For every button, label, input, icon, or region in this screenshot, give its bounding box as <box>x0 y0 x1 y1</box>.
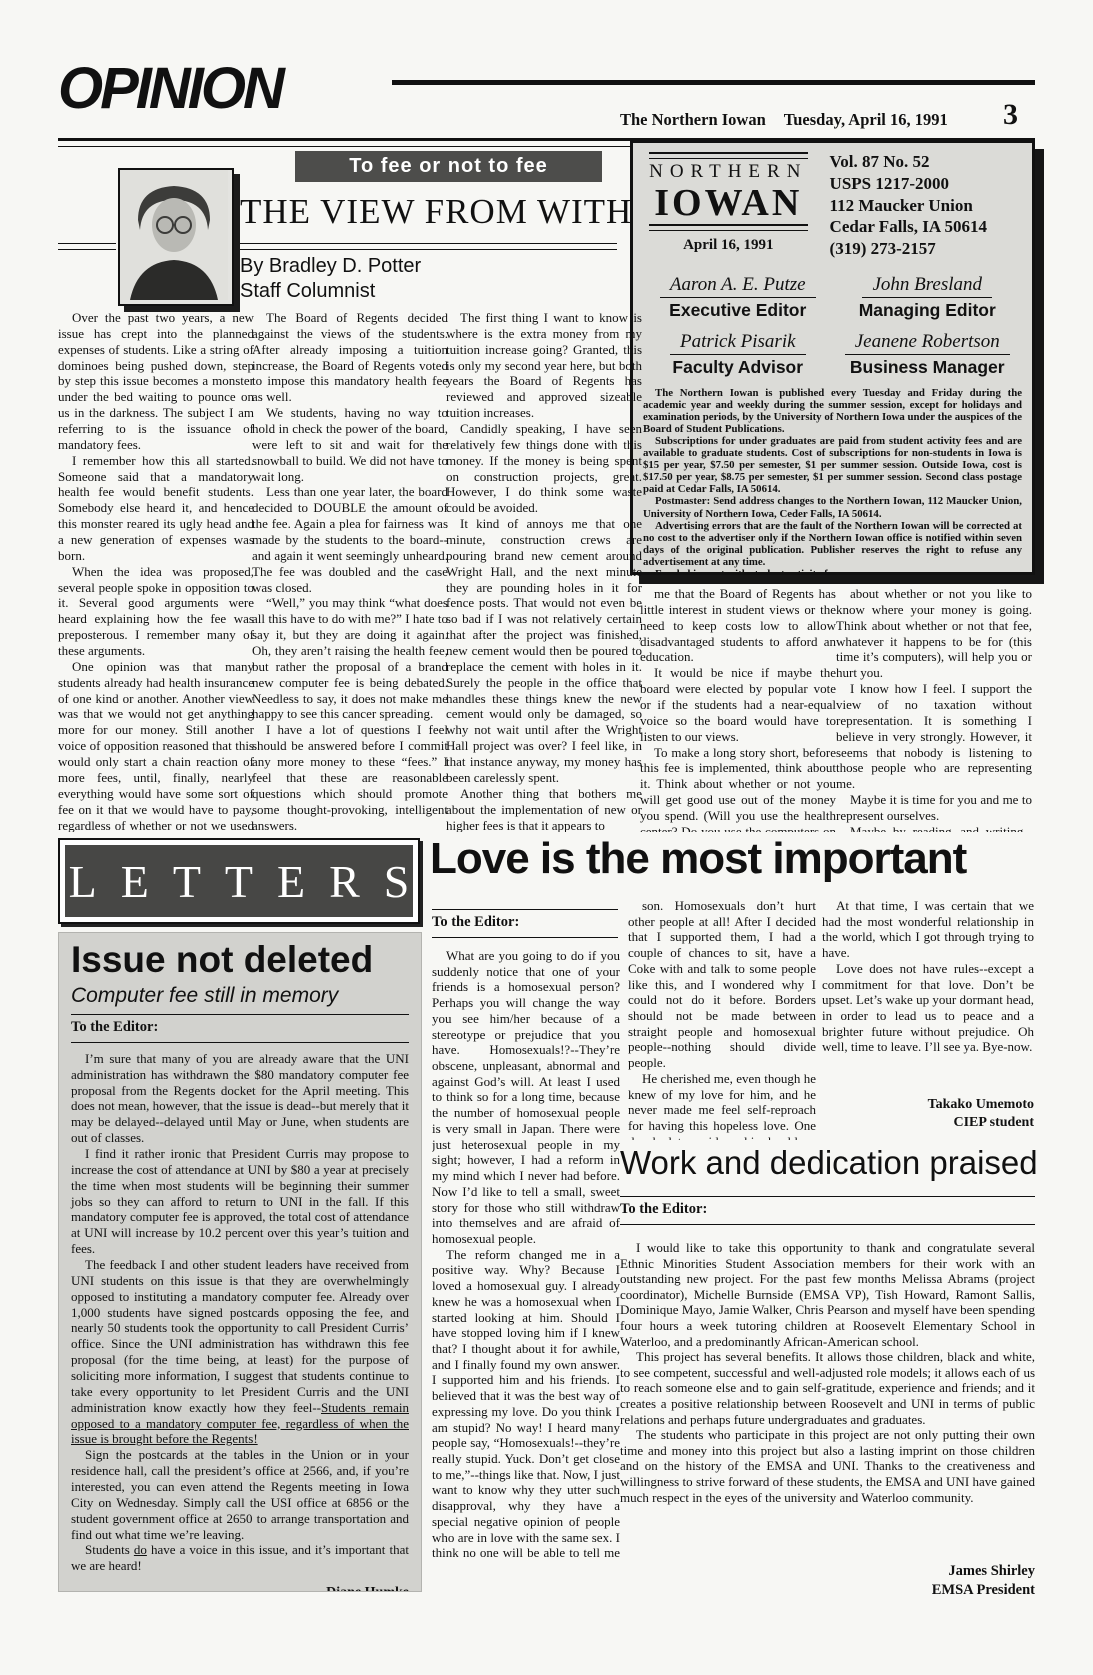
byline-title: Staff Columnist <box>240 279 421 304</box>
letter1-salutation: To the Editor: <box>71 1019 409 1036</box>
letter2-salutation: To the Editor: <box>432 914 618 931</box>
staff-name: Aaron A. E. Putze <box>660 274 816 298</box>
nameplate-rule-bottom <box>649 224 808 231</box>
byline-block: By Bradley D. Potter Staff Columnist <box>240 254 421 304</box>
letter2-column-3: At that time, I was certain that we had … <box>822 898 1034 1074</box>
paragraph: What are you going to do if you suddenly… <box>432 948 620 1247</box>
article-column-3: The first thing I want to know is where … <box>446 310 642 832</box>
paragraph: The Northern Iowan is published every Tu… <box>643 387 1022 435</box>
rule <box>71 1042 409 1043</box>
phone-number: (319) 273-2157 <box>830 238 1022 260</box>
page-number: 3 <box>1003 98 1018 132</box>
staff-title: Business Manager <box>833 357 1023 378</box>
staff-entry: Jeanene Robertson Business Manager <box>833 331 1023 378</box>
letter3-signature-block: James Shirley EMSA President <box>620 1562 1035 1600</box>
signature-title: CIEP student <box>822 1114 1034 1132</box>
paragraph: Love does not have rules--except a commi… <box>822 961 1034 1055</box>
staff-title: Managing Editor <box>833 300 1023 321</box>
masthead-fine-print: The Northern Iowan is published every Tu… <box>643 387 1022 575</box>
paragraph: I have a lot of questions I feel should … <box>252 722 448 832</box>
header-folio: The Northern IowanTuesday, April 16, 199… <box>620 110 948 130</box>
letters-section-banner: LETTERS <box>58 838 420 924</box>
paragraph: Less than one year later, the board deci… <box>252 484 448 595</box>
feature-left-rule <box>58 243 116 250</box>
paragraph-text: The feedback I and other student leaders… <box>71 1257 409 1415</box>
usps-number: USPS 1217-2000 <box>830 173 1022 195</box>
paper-name-top: NORTHERN <box>643 161 814 183</box>
masthead-date: April 16, 1991 <box>643 237 814 254</box>
letter2-signature-block: Takako Umemoto CIEP student <box>822 1096 1034 1132</box>
issue-date: Tuesday, April 16, 1991 <box>784 110 948 129</box>
paper-name: The Northern Iowan <box>620 110 766 129</box>
rule <box>620 1224 1035 1225</box>
rule <box>620 1196 1035 1197</box>
paragraph: Sign the postcards at the tables in the … <box>71 1447 409 1542</box>
staff-title: Executive Editor <box>643 300 833 321</box>
masthead-box: NORTHERN IOWAN April 16, 1991 Vol. 87 No… <box>630 140 1035 575</box>
feature-headline-rule <box>240 243 617 250</box>
paragraph: The Board of Regents decided against the… <box>252 310 448 405</box>
rule <box>432 909 618 910</box>
paragraph: The first thing I want to know is where … <box>446 310 642 421</box>
volume-number: Vol. 87 No. 52 <box>830 151 1022 173</box>
paragraph: I know how I feel. I support the view of… <box>836 681 1032 792</box>
masthead-staff: Aaron A. E. Putze Executive Editor John … <box>643 274 1022 378</box>
masthead-nameplate: NORTHERN IOWAN April 16, 1991 <box>643 151 814 260</box>
columnist-photo <box>118 168 234 306</box>
article-column-1: Over the past two years, a new issue has… <box>58 310 254 832</box>
article-column-4: me that the Board of Regents has little … <box>640 586 836 832</box>
paragraph: At that time, I was certain that we had … <box>822 898 1034 961</box>
newspaper-page: OPINION The Northern IowanTuesday, April… <box>0 0 1093 1675</box>
letter3-body: I would like to take this opportunity to… <box>620 1240 1035 1560</box>
signature-name: Takako Umemoto <box>822 1096 1034 1114</box>
letter2-column-1: What are you going to do if you suddenly… <box>432 948 620 1562</box>
article-column-2: The Board of Regents decided against the… <box>252 310 448 832</box>
letters-banner-text: LETTERS <box>65 845 413 917</box>
paragraph: about whether or not you like to know wh… <box>836 586 1032 681</box>
columnist-portrait-graphic <box>120 170 228 300</box>
letter1-body: I’m sure that many of you are already aw… <box>71 1051 409 1574</box>
letter2-headline: Love is the most important <box>430 834 1035 884</box>
rule <box>71 1014 409 1015</box>
signature-name: Diane Humke <box>71 1584 409 1592</box>
paragraph: This project has several benefits. It al… <box>620 1349 1035 1427</box>
paragraph: Candidly speaking, I have seen relativel… <box>446 421 642 516</box>
column-kicker: To fee or not to fee <box>295 151 602 182</box>
paragraph: It kind of annoys me that one minute, co… <box>446 516 642 786</box>
header-rule <box>392 80 1035 85</box>
paragraph: One opinion was that many students alrea… <box>58 659 254 832</box>
staff-entry: Aaron A. E. Putze Executive Editor <box>643 274 833 321</box>
signature-name: James Shirley <box>620 1562 1035 1581</box>
letter2-salutation-block: To the Editor: <box>432 903 618 942</box>
staff-title: Faculty Advisor <box>643 357 833 378</box>
paragraph: Maybe by reading--and writing--this colu… <box>836 824 1032 832</box>
staff-name: Jeanene Robertson <box>845 331 1010 355</box>
paragraph: The feedback I and other student leaders… <box>71 1257 409 1447</box>
article-column-5: about whether or not you like to know wh… <box>836 586 1032 832</box>
paragraph: son. Homosexuals don’t hurt other people… <box>628 898 816 1071</box>
underlined-text: do <box>134 1542 147 1557</box>
paragraph: I find it rather ironic that President C… <box>71 1146 409 1257</box>
letter3-salutation: To the Editor: <box>620 1201 1035 1218</box>
paragraph: He cherished me, even though he knew of … <box>628 1071 816 1140</box>
address-line1: 112 Maucker Union <box>830 195 1022 217</box>
paragraph: Advertising errors that are the fault of… <box>643 520 1022 568</box>
paragraph: Students do have a voice in this issue, … <box>71 1542 409 1574</box>
paragraph: Maybe it is time for you and me to repre… <box>836 792 1032 824</box>
paragraph: “Well,” you may think “what does all thi… <box>252 595 448 722</box>
signature-title: EMSA President <box>620 1581 1035 1600</box>
letter2-column-2: son. Homosexuals don’t hurt other people… <box>628 898 816 1140</box>
paragraph: Funded in part with student activity fee… <box>643 568 1022 575</box>
staff-name: Patrick Pisarik <box>670 331 806 355</box>
letter1-headline: Issue not deleted <box>71 941 409 980</box>
letter1-signature-block: Diane Humke USI Campus Director <box>71 1584 409 1592</box>
paragraph: I would like to take this opportunity to… <box>620 1240 1035 1349</box>
paragraph: Another thing that bothers me about the … <box>446 786 642 832</box>
address-line2: Cedar Falls, IA 50614 <box>830 216 1022 238</box>
paragraph: I remember how this all started. Someone… <box>58 453 254 564</box>
section-title: OPINION <box>58 60 282 118</box>
letter3-headline: Work and dedication praised <box>620 1144 1038 1182</box>
masthead-top: NORTHERN IOWAN April 16, 1991 Vol. 87 No… <box>643 151 1022 260</box>
letter1-subhead: Computer fee still in memory <box>71 984 409 1008</box>
masthead-contact: Vol. 87 No. 52 USPS 1217-2000 112 Maucke… <box>814 151 1022 260</box>
letter1-block: Issue not deleted Computer fee still in … <box>58 932 422 1592</box>
paragraph: Over the past two years, a new issue has… <box>58 310 254 453</box>
paragraph: Subscriptions for under graduates are pa… <box>643 435 1022 495</box>
paragraph: It would be nice if maybe the board were… <box>640 665 836 744</box>
paragraph: When the idea was proposed, several peop… <box>58 564 254 659</box>
paper-name-bottom: IOWAN <box>643 184 814 222</box>
paragraph: We students, having no way to hold in ch… <box>252 405 448 484</box>
feature-headline: THE VIEW FROM WITHIN <box>240 192 620 232</box>
paragraph: me that the Board of Regents has little … <box>640 586 836 665</box>
byline: By Bradley D. Potter <box>240 254 421 279</box>
paragraph: The reform changed me in a positive way.… <box>432 1247 620 1562</box>
paragraph: The students who participate in this pro… <box>620 1427 1035 1505</box>
staff-name: John Bresland <box>862 274 992 298</box>
paragraph: I’m sure that many of you are already aw… <box>71 1051 409 1146</box>
paragraph: Postmaster: Send address changes to the … <box>643 495 1022 519</box>
staff-entry: Patrick Pisarik Faculty Advisor <box>643 331 833 378</box>
paragraph: To make a long story short, before this … <box>640 745 836 832</box>
nameplate-rule-top <box>649 152 808 159</box>
rule <box>432 937 618 938</box>
letter3-salutation-block: To the Editor: <box>620 1190 1035 1229</box>
staff-entry: John Bresland Managing Editor <box>833 274 1023 321</box>
paragraph-text: Students <box>85 1542 134 1557</box>
